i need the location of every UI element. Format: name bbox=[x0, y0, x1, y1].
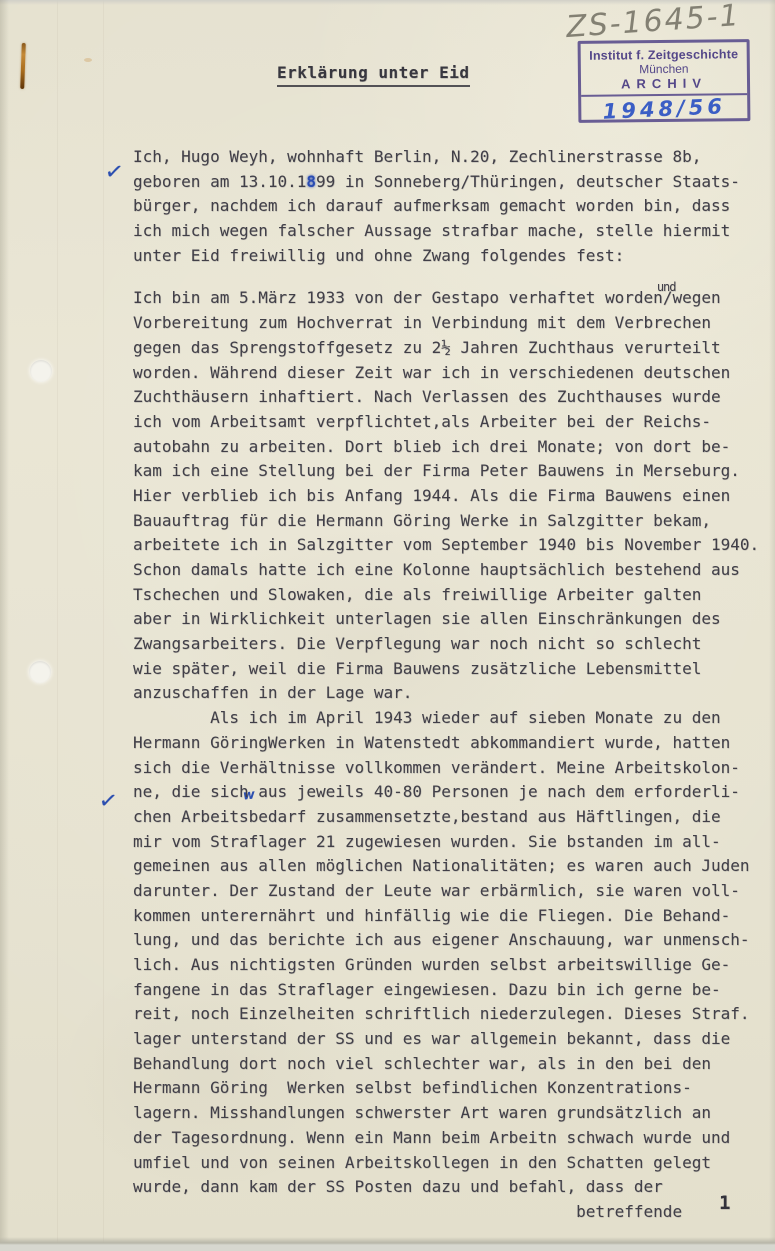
text-line: lich. Aus nichtigsten Gründen wurden sel… bbox=[133, 953, 775, 978]
archive-stamp: Institut f. Zeitgeschichte München ARCHI… bbox=[578, 39, 751, 123]
punch-hole bbox=[30, 360, 52, 382]
page-edge-bottom bbox=[0, 1237, 775, 1251]
text-line: Behandlung dort noch viel schlechter war… bbox=[133, 1052, 775, 1077]
text-line: anzuschaffen in der Lage war. bbox=[133, 681, 775, 706]
text-line: lagern. Misshandlungen schwerster Art wa… bbox=[133, 1101, 775, 1126]
scanned-page: ZS-1645-1 Institut f. Zeitgeschichte Mün… bbox=[0, 0, 775, 1251]
text-line: Tschechen und Slowaken, die als freiwill… bbox=[133, 583, 775, 608]
text-line: fangene in das Straflager eingewiesen. D… bbox=[133, 978, 775, 1003]
text-line: betreffende bbox=[133, 1200, 775, 1225]
paragraph-2: Ich bin am 5.März 1933 von der Gestapo v… bbox=[133, 286, 775, 706]
text-line: mir vom Straflager 21 zugewiesen wurden.… bbox=[133, 830, 775, 855]
paper-smudge bbox=[84, 58, 92, 62]
page-edge-right bbox=[769, 0, 775, 1251]
text-line: wie später, weil die Firma Bauwens zusät… bbox=[133, 657, 775, 682]
punch-hole bbox=[29, 661, 51, 683]
text-line: Schon damals hatte ich eine Kolonne haup… bbox=[133, 558, 775, 583]
margin-checkmark: ✓ bbox=[97, 788, 119, 815]
text-line: darunter. Der Zustand der Leute war erbä… bbox=[133, 879, 775, 904]
scan-artifact-line bbox=[57, 0, 58, 1251]
text-line: ich mich wegen falscher Aussage strafbar… bbox=[133, 219, 775, 244]
text-line: Hermann GöringWerken in Watenstedt abkom… bbox=[133, 731, 775, 756]
paragraph-1: Ich, Hugo Weyh, wohnhaft Berlin, N.20, Z… bbox=[133, 145, 775, 268]
text-line: Hermann Göring Werken selbst befindliche… bbox=[133, 1076, 775, 1101]
text-line: chen Arbeitsbedarf zusammensetzte,bestan… bbox=[133, 805, 775, 830]
text-line: geboren am 13.10.1899 in Sonneberg/Thüri… bbox=[133, 170, 775, 195]
text-line: ich vom Arbeitsamt verpflichtet,als Arbe… bbox=[133, 410, 775, 435]
text-line: worden. Während dieser Zeit war ich in v… bbox=[133, 361, 775, 386]
stamp-number-handwritten: 1948/56 bbox=[581, 93, 748, 125]
scan-artifact-line bbox=[103, 0, 104, 1251]
text-line: Als ich im April 1943 wieder auf sieben … bbox=[133, 706, 775, 731]
text-line: umfiel und von seinen Arbeitskollegen in… bbox=[133, 1151, 775, 1176]
ink-correction-digit: 8 bbox=[306, 172, 316, 191]
text-line: gegen das Sprengstoffgesetz zu 2½ Jahren… bbox=[133, 336, 775, 361]
text-line: autobahn zu arbeiten. Dort blieb ich dre… bbox=[133, 435, 775, 460]
text-line: kommen unterernährt und hinfällig wie di… bbox=[133, 904, 775, 929]
page-number: 1 bbox=[719, 1192, 730, 1214]
document-title: Erklärung unter Eid bbox=[277, 63, 470, 87]
text-line: bürger, nachdem ich darauf aufmerksam ge… bbox=[133, 194, 775, 219]
margin-checkmark: ✓ bbox=[103, 159, 125, 186]
text-line: lung, und das berichte ich aus eigener A… bbox=[133, 928, 775, 953]
text-line: Zuchthäusern inhaftiert. Nach Verlassen … bbox=[133, 385, 775, 410]
text-line: Vorbereitung zum Hochverrat in Verbindun… bbox=[133, 311, 775, 336]
text-segment: wegen bbox=[672, 288, 720, 307]
body-text: Ich, Hugo Weyh, wohnhaft Berlin, N.20, Z… bbox=[133, 145, 775, 1225]
text-line: lager unterstand der SS und es war allge… bbox=[133, 1027, 775, 1052]
text-line: unter Eid freiwillig und ohne Zwang folg… bbox=[133, 244, 775, 269]
page-edge-left bbox=[0, 0, 9, 1251]
text-segment: Ich bin am 5.März 1933 von der Gestapo v… bbox=[133, 288, 663, 307]
text-line: arbeitete ich in Salzgitter vom Septembe… bbox=[133, 533, 775, 558]
typed-insertion-und: und/ bbox=[663, 286, 673, 311]
text-line: aber in Wirklichkeit unterlagen sie alle… bbox=[133, 607, 775, 632]
inserted-word: und bbox=[657, 275, 676, 300]
rust-staple-mark bbox=[20, 43, 26, 89]
text-line: reit, noch Einzelheiten schriftlich nied… bbox=[133, 1002, 775, 1027]
text-line: ne, die sich aus jeweils 40-80 Personen … bbox=[133, 780, 775, 805]
page-edge-top bbox=[0, 0, 775, 5]
stamp-archiv-line: ARCHIV bbox=[581, 75, 747, 92]
text-line: kam ich eine Stellung bei der Firma Pete… bbox=[133, 459, 775, 484]
stamp-institute-line: Institut f. Zeitgeschichte bbox=[581, 47, 747, 63]
paragraph-3: Als ich im April 1943 wieder auf sieben … bbox=[133, 706, 775, 1224]
text-line: Ich, Hugo Weyh, wohnhaft Berlin, N.20, Z… bbox=[133, 145, 775, 170]
text-line: gemeinen aus allen möglichen Nationalitä… bbox=[133, 854, 775, 879]
text-line: Zwangsarbeiters. Die Verpflegung war noc… bbox=[133, 632, 775, 657]
pencil-archive-signature: ZS-1645-1 bbox=[565, 0, 742, 45]
text-line: wurde, dann kam der SS Posten dazu und b… bbox=[133, 1175, 775, 1200]
text-line: der Tagesordnung. Wenn ein Mann beim Arb… bbox=[133, 1126, 775, 1151]
text-segment: geboren am 13.10.1 bbox=[133, 172, 306, 191]
text-line: sich die Verhältnisse vollkommen verände… bbox=[133, 756, 775, 781]
text-line: Hier verblieb ich bis Anfang 1944. Als d… bbox=[133, 484, 775, 509]
text-segment: 99 in Sonneberg/Thüringen, deutscher Sta… bbox=[316, 172, 740, 191]
text-line: Ich bin am 5.März 1933 von der Gestapo v… bbox=[133, 286, 775, 311]
text-line: Bauauftrag für die Hermann Göring Werke … bbox=[133, 509, 775, 534]
